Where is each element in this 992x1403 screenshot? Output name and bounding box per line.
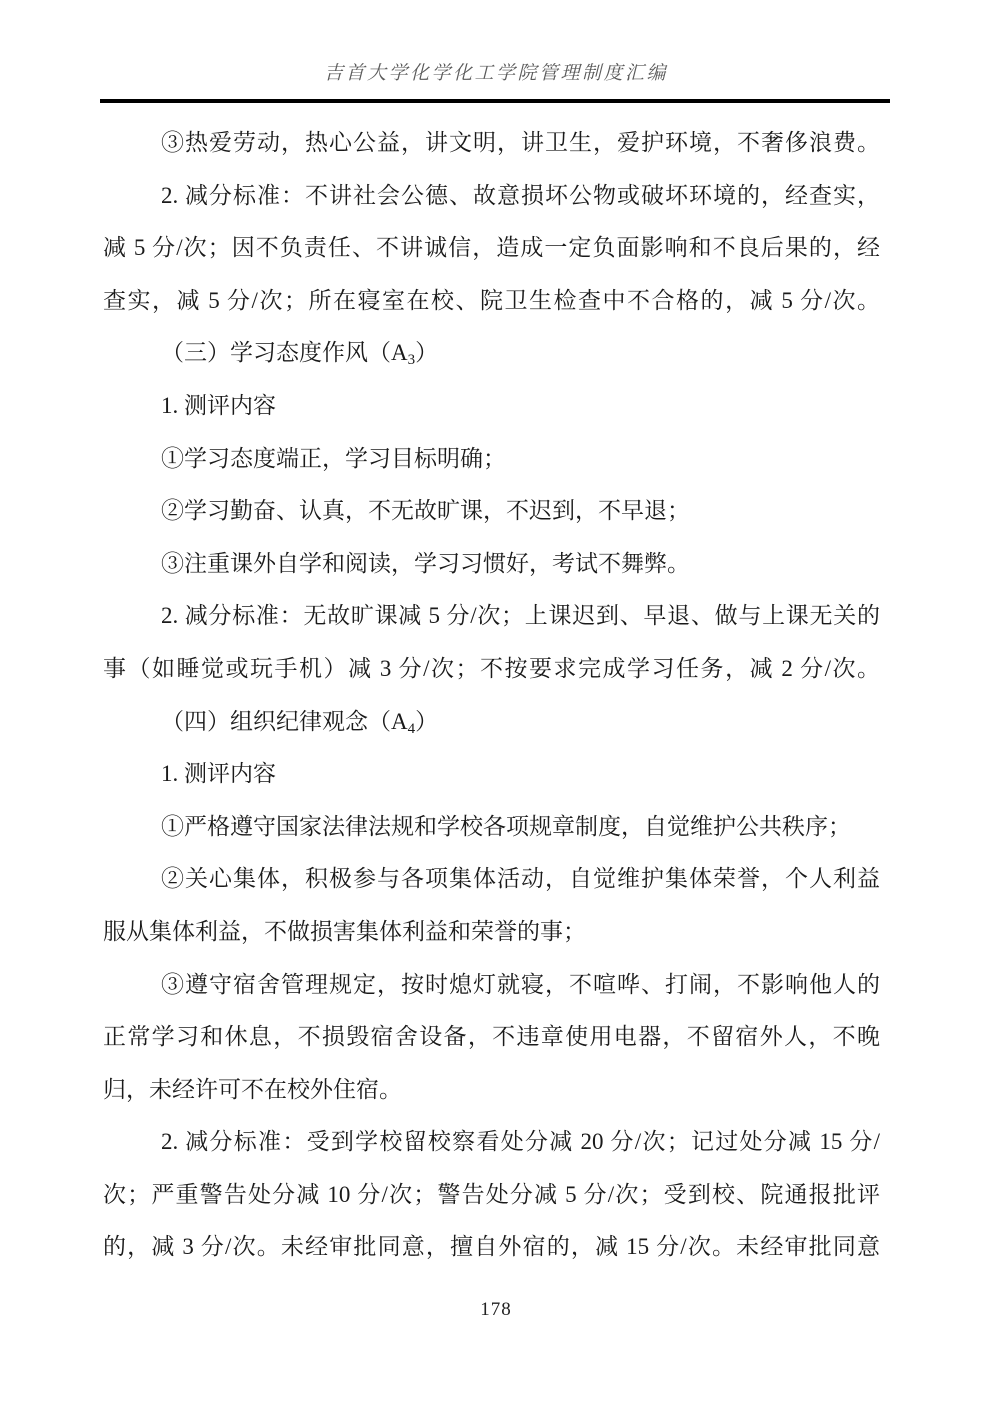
document-line: ②关心集体，积极参与各项集体活动，自觉维护集体荣誉，个人利益 bbox=[103, 853, 880, 906]
running-header: 吉首大学化学化工学院管理制度汇编 bbox=[0, 61, 992, 87]
section-heading-subscript: 4 bbox=[408, 721, 416, 737]
document-line: 次；严重警告处分减 10 分/次；警告处分减 5 分/次；受到校、院通报批评 bbox=[103, 1169, 880, 1222]
document-line: 1. 测评内容 bbox=[103, 748, 880, 801]
document-line: 1. 测评内容 bbox=[103, 380, 880, 433]
document-line: 2. 减分标准：无故旷课减 5 分/次；上课迟到、早退、做与上课无关的 bbox=[103, 590, 880, 643]
section-heading-subscript: 3 bbox=[408, 352, 416, 368]
document-line: ③注重课外自学和阅读，学习习惯好，考试不舞弊。 bbox=[103, 538, 880, 591]
document-line: 减 5 分/次；因不负责任、不讲诚信，造成一定负面影响和不良后果的，经 bbox=[103, 222, 880, 275]
document-page: 吉首大学化学化工学院管理制度汇编 ③热爱劳动，热心公益，讲文明，讲卫生，爱护环境… bbox=[0, 0, 992, 1403]
document-line: 服从集体利益，不做损害集体利益和荣誉的事； bbox=[103, 906, 880, 959]
section-heading-close: ） bbox=[415, 340, 438, 365]
page-footer: 178 bbox=[0, 1299, 992, 1321]
page-number: 178 bbox=[480, 1299, 512, 1320]
document-line: ①严格遵守国家法律法规和学校各项规章制度，自觉维护公共秩序； bbox=[103, 801, 880, 854]
document-body: ③热爱劳动，热心公益，讲文明，讲卫生，爱护环境，不奢侈浪费。 2. 减分标准：不… bbox=[103, 117, 880, 1274]
document-line: 的，减 3 分/次。未经审批同意，擅自外宿的，减 15 分/次。未经审批同意 bbox=[103, 1221, 880, 1274]
document-line: ①学习态度端正，学习目标明确； bbox=[103, 433, 880, 486]
section-heading-text: （四）组织纪律观念（A bbox=[161, 709, 408, 734]
header-rule bbox=[100, 99, 890, 103]
document-line: 查实，减 5 分/次；所在寝室在校、院卫生检查中不合格的，减 5 分/次。 bbox=[103, 275, 880, 328]
section-heading-close: ） bbox=[415, 709, 438, 734]
document-line: ③遵守宿舍管理规定，按时熄灯就寝，不喧哗、打闹，不影响他人的 bbox=[103, 959, 880, 1012]
document-line: 正常学习和休息，不损毁宿舍设备，不违章使用电器，不留宿外人，不晚 bbox=[103, 1011, 880, 1064]
document-line: ③热爱劳动，热心公益，讲文明，讲卫生，爱护环境，不奢侈浪费。 bbox=[103, 117, 880, 170]
document-line: 2. 减分标准：受到学校留校察看处分减 20 分/次；记过处分减 15 分/ bbox=[103, 1116, 880, 1169]
section-heading: （四）组织纪律观念（A4） bbox=[103, 696, 880, 749]
document-line: 2. 减分标准：不讲社会公德、故意损坏公物或破坏环境的，经查实， bbox=[103, 170, 880, 223]
document-line: ②学习勤奋、认真，不无故旷课，不迟到，不早退； bbox=[103, 485, 880, 538]
section-heading-text: （三）学习态度作风（A bbox=[161, 340, 408, 365]
document-line: 归，未经许可不在校外住宿。 bbox=[103, 1064, 880, 1117]
section-heading: （三）学习态度作风（A3） bbox=[103, 327, 880, 380]
document-line: 事（如睡觉或玩手机）减 3 分/次；不按要求完成学习任务，减 2 分/次。 bbox=[103, 643, 880, 696]
